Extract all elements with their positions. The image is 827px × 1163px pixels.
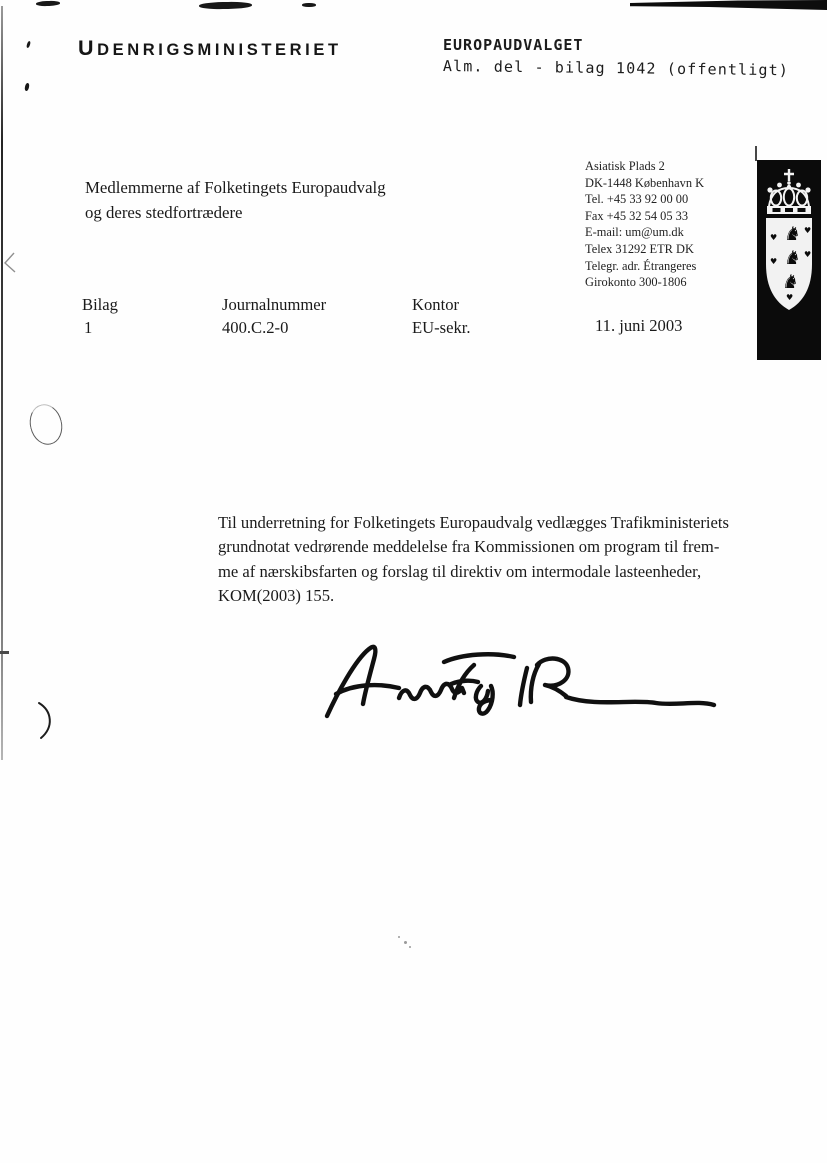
contact-line-tel: Tel. +45 33 92 00 00 <box>585 191 704 208</box>
scan-artifact-chevron-mark <box>2 250 17 276</box>
scan-artifact-left-edge-line <box>1 6 3 760</box>
svg-text:♥: ♥ <box>770 257 777 266</box>
contact-line-fax: Fax +45 32 54 05 33 <box>585 208 704 225</box>
scanned-letter-page: UDENRIGSMINISTERIET EUROPAUDVALGET Alm. … <box>0 0 827 1163</box>
contact-line-city: DK-1448 København K <box>585 175 704 192</box>
body-line: Til underretning for Folketingets Europa… <box>218 511 803 535</box>
svg-text:♥: ♥ <box>770 233 777 242</box>
contact-line-telegram: Telegr. adr. Étrangeres <box>585 258 704 275</box>
scan-artifact-speck <box>409 946 411 948</box>
scan-artifact-pen-mark <box>24 83 30 92</box>
contact-line-street: Asiatisk Plads 2 <box>585 158 704 175</box>
scan-artifact-top-smudge <box>199 2 252 10</box>
contact-line-giro: Girokonto 300-1806 <box>585 274 704 291</box>
committee-stamp: EUROPAUDVALGET Alm. del - bilag 1042 (of… <box>443 36 789 75</box>
ministry-wordmark: UDENRIGSMINISTERIET <box>78 36 342 61</box>
danish-royal-coat-of-arms-icon: ♞ ♥ ♥ ♞ ♥ ♥ ♞ ♥ <box>757 160 821 360</box>
handwritten-signature <box>320 634 718 736</box>
ref-bilag-value: 1 <box>84 318 92 338</box>
scan-artifact-top-streak <box>630 0 827 10</box>
ref-kontor-label: Kontor <box>412 295 459 315</box>
scan-artifact-tick-mark <box>0 651 9 654</box>
letter-date: 11. juni 2003 <box>595 316 682 336</box>
ref-journal-value: 400.C.2-0 <box>222 318 288 338</box>
ref-bilag-label: Bilag <box>82 295 118 315</box>
scan-artifact-speck <box>404 941 407 944</box>
recipient-line: Medlemmerne af Folketingets Europaudvalg <box>85 175 386 200</box>
scan-artifact-paren-mark <box>36 700 60 742</box>
ref-kontor-value: EU-sekr. <box>412 318 471 338</box>
body-line: me af nærskibsfarten og forslag til dire… <box>218 560 803 584</box>
scan-artifact-speck <box>398 936 400 938</box>
svg-text:♞: ♞ <box>782 271 799 293</box>
stamp-case-reference: Alm. del - bilag 1042 (offentligt) <box>443 57 789 79</box>
letter-body: Til underretning for Folketingets Europa… <box>218 511 803 609</box>
contact-line-telex: Telex 31292 ETR DK <box>585 241 704 258</box>
scan-artifact-top-smudge <box>302 3 316 7</box>
body-line: grundnotat vedrørende meddelelse fra Kom… <box>218 535 803 559</box>
svg-text:♥: ♥ <box>804 226 811 235</box>
recipient-line: og deres stedfortrædere <box>85 200 386 225</box>
svg-text:♞: ♞ <box>784 223 801 245</box>
ref-journal-label: Journalnummer <box>222 295 326 315</box>
ministry-contact-block: Asiatisk Plads 2 DK-1448 København K Tel… <box>585 158 704 291</box>
scan-artifact-pen-mark <box>26 41 31 49</box>
contact-line-email: E-mail: um@um.dk <box>585 224 704 241</box>
scan-artifact-top-smudge <box>36 1 60 7</box>
recipient-address: Medlemmerne af Folketingets Europaudvalg… <box>85 175 386 225</box>
svg-text:♥: ♥ <box>786 293 793 302</box>
stamp-committee-name: EUROPAUDVALGET <box>443 36 789 54</box>
svg-text:♞: ♞ <box>784 247 801 269</box>
svg-text:♥: ♥ <box>804 250 811 259</box>
scan-artifact-corner-mark <box>755 146 757 161</box>
scan-artifact-circle-mark <box>26 401 67 449</box>
body-line: KOM(2003) 155. <box>218 584 803 608</box>
